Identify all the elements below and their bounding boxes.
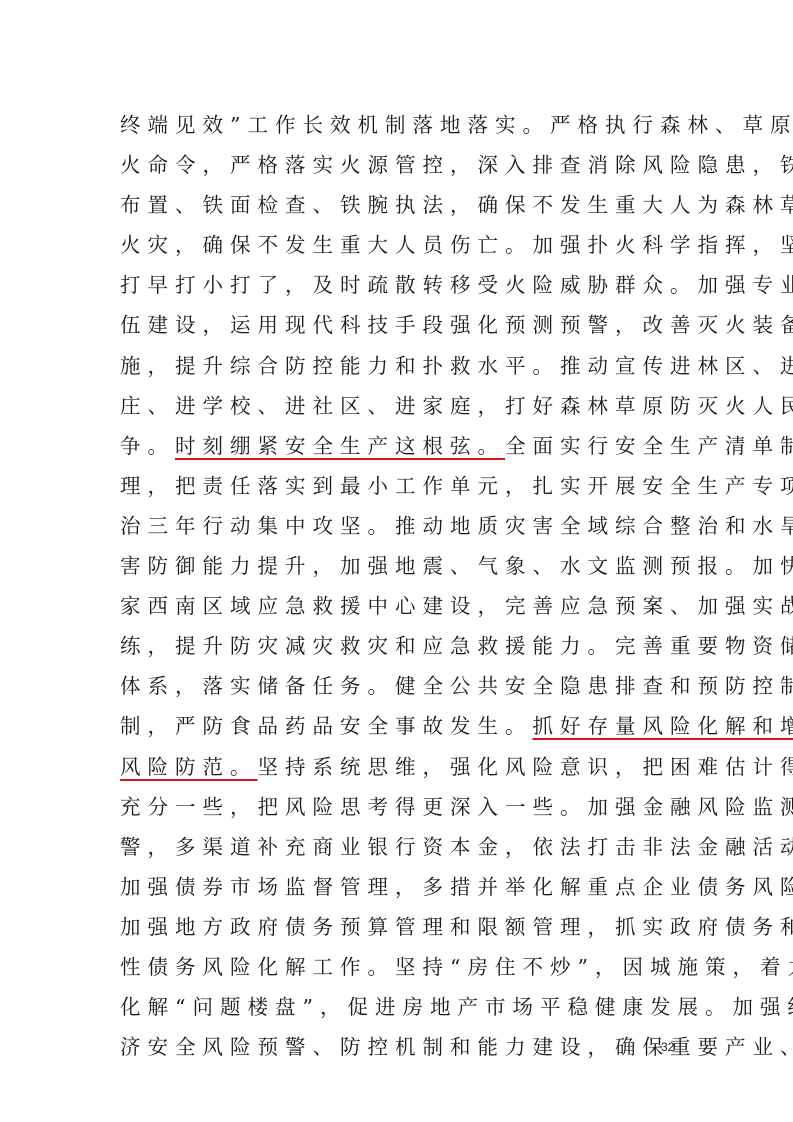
text-segment: 害防御能力提升，加强地震、气象、水文监测预报。加快国 <box>120 554 793 578</box>
underlined-heading: 时刻绷紧安全生产这根弦。 <box>175 434 505 458</box>
text-line: 加强地方政府债务预算管理和限额管理，抓实政府债务和隐 <box>120 907 672 947</box>
text-line: 性债务风险化解工作。坚持“房住不炒”，因城施策，着力 <box>120 947 672 987</box>
text-line: 充分一些，把风险思考得更深入一些。加强金融风险监测预 <box>120 787 672 827</box>
text-line: 制，严防食品药品安全事故发生。抓好存量风险化解和增量 <box>120 706 672 746</box>
text-line: 火灾，确保不发生重大人员伤亡。加强扑火科学指挥，坚持 <box>120 225 672 265</box>
text-line: 害防御能力提升，加强地震、气象、水文监测预报。加快国 <box>120 546 672 586</box>
text-line: 理，把责任落实到最小工作单元，扎实开展安全生产专项整 <box>120 466 672 506</box>
text-segment: 理，把责任落实到最小工作单元，扎实开展安全生产专项整 <box>120 474 793 498</box>
text-line: 加强债券市场监督管理，多措并举化解重点企业债务风险。 <box>120 867 672 907</box>
text-line: 施，提升综合防控能力和扑救水平。推动宣传进林区、进村 <box>120 346 672 386</box>
text-line: 化解“问题楼盘”，促进房地产市场平稳健康发展。加强经 <box>120 987 672 1027</box>
text-line: 济安全风险预警、防控机制和能力建设，确保重要产业、基 <box>120 1027 672 1067</box>
text-line: 治三年行动集中攻坚。推动地质灾害全域综合整治和水旱灾 <box>120 506 672 546</box>
text-segment: 体系，落实储备任务。健全公共安全隐患排查和预防控制机 <box>120 674 793 698</box>
text-segment: 家西南区域应急救援中心建设，完善应急预案、加强实战演 <box>120 594 793 618</box>
text-segment: 庄、进学校、进社区、进家庭，打好森林草原防灭火人民战 <box>120 394 793 418</box>
text-line: 家西南区域应急救援中心建设，完善应急预案、加强实战演 <box>120 586 672 626</box>
underlined-heading: 风险防范。 <box>120 755 258 779</box>
text-line: 终端见效”工作长效机制落地落实。严格执行森林、草原防 <box>120 105 672 145</box>
text-segment: 争。 <box>120 434 175 458</box>
text-segment: 治三年行动集中攻坚。推动地质灾害全域综合整治和水旱灾 <box>120 514 793 538</box>
text-line: 体系，落实储备任务。健全公共安全隐患排查和预防控制机 <box>120 666 672 706</box>
text-segment: 加强债券市场监督管理，多措并举化解重点企业债务风险。 <box>120 875 793 899</box>
page-number: 32 <box>661 1040 674 1054</box>
text-line: 练，提升防灾减灾救灾和应急救援能力。完善重要物资储备 <box>120 626 672 666</box>
text-segment: 全面实行安全生产清单制管 <box>505 434 793 458</box>
text-segment: 终端见效”工作长效机制落地落实。严格执行森林、草原防 <box>120 113 793 137</box>
text-segment: 练，提升防灾减灾救灾和应急救援能力。完善重要物资储备 <box>120 634 793 658</box>
text-line: 风险防范。坚持系统思维，强化风险意识，把困难估计得更 <box>120 747 672 787</box>
text-segment: 火命令，严格落实火源管控，深入排查消除风险隐患，铁心 <box>120 153 793 177</box>
text-segment: 布置、铁面检查、铁腕执法，确保不发生重大人为森林草原 <box>120 193 793 217</box>
text-segment: 性债务风险化解工作。坚持“房住不炒”，因城施策，着力 <box>120 955 793 979</box>
text-segment: 打早打小打了，及时疏散转移受火险威胁群众。加强专业队 <box>120 273 793 297</box>
text-line: 警，多渠道补充商业银行资本金，依法打击非法金融活动。 <box>120 827 672 867</box>
text-segment: 火灾，确保不发生重大人员伤亡。加强扑火科学指挥，坚持 <box>120 233 793 257</box>
text-segment: 化解“问题楼盘”，促进房地产市场平稳健康发展。加强经 <box>120 995 793 1019</box>
text-segment: 伍建设，运用现代科技手段强化预测预警，改善灭火装备设 <box>120 313 793 337</box>
text-line: 庄、进学校、进社区、进家庭，打好森林草原防灭火人民战 <box>120 386 672 426</box>
text-line: 打早打小打了，及时疏散转移受火险威胁群众。加强专业队 <box>120 265 672 305</box>
text-segment: 坚持系统思维，强化风险意识，把困难估计得更 <box>258 755 793 779</box>
text-segment: 充分一些，把风险思考得更深入一些。加强金融风险监测预 <box>120 795 793 819</box>
text-line: 争。时刻绷紧安全生产这根弦。全面实行安全生产清单制管 <box>120 426 672 466</box>
text-segment: 加强地方政府债务预算管理和限额管理，抓实政府债务和隐 <box>120 915 793 939</box>
text-segment: 济安全风险预警、防控机制和能力建设，确保重要产业、基 <box>120 1035 793 1059</box>
text-segment: 制，严防食品药品安全事故发生。 <box>120 714 533 738</box>
text-segment: 施，提升综合防控能力和扑救水平。推动宣传进林区、进村 <box>120 354 793 378</box>
body-paragraph: 终端见效”工作长效机制落地落实。严格执行森林、草原防火命令，严格落实火源管控，深… <box>120 105 672 1067</box>
text-line: 布置、铁面检查、铁腕执法，确保不发生重大人为森林草原 <box>120 185 672 225</box>
text-segment: 警，多渠道补充商业银行资本金，依法打击非法金融活动。 <box>120 835 793 859</box>
underlined-heading: 抓好存量风险化解和增量 <box>533 714 793 738</box>
text-line: 伍建设，运用现代科技手段强化预测预警，改善灭火装备设 <box>120 305 672 345</box>
document-page: 终端见效”工作长效机制落地落实。严格执行森林、草原防火命令，严格落实火源管控，深… <box>0 0 793 1122</box>
text-line: 火命令，严格落实火源管控，深入排查消除风险隐患，铁心 <box>120 145 672 185</box>
